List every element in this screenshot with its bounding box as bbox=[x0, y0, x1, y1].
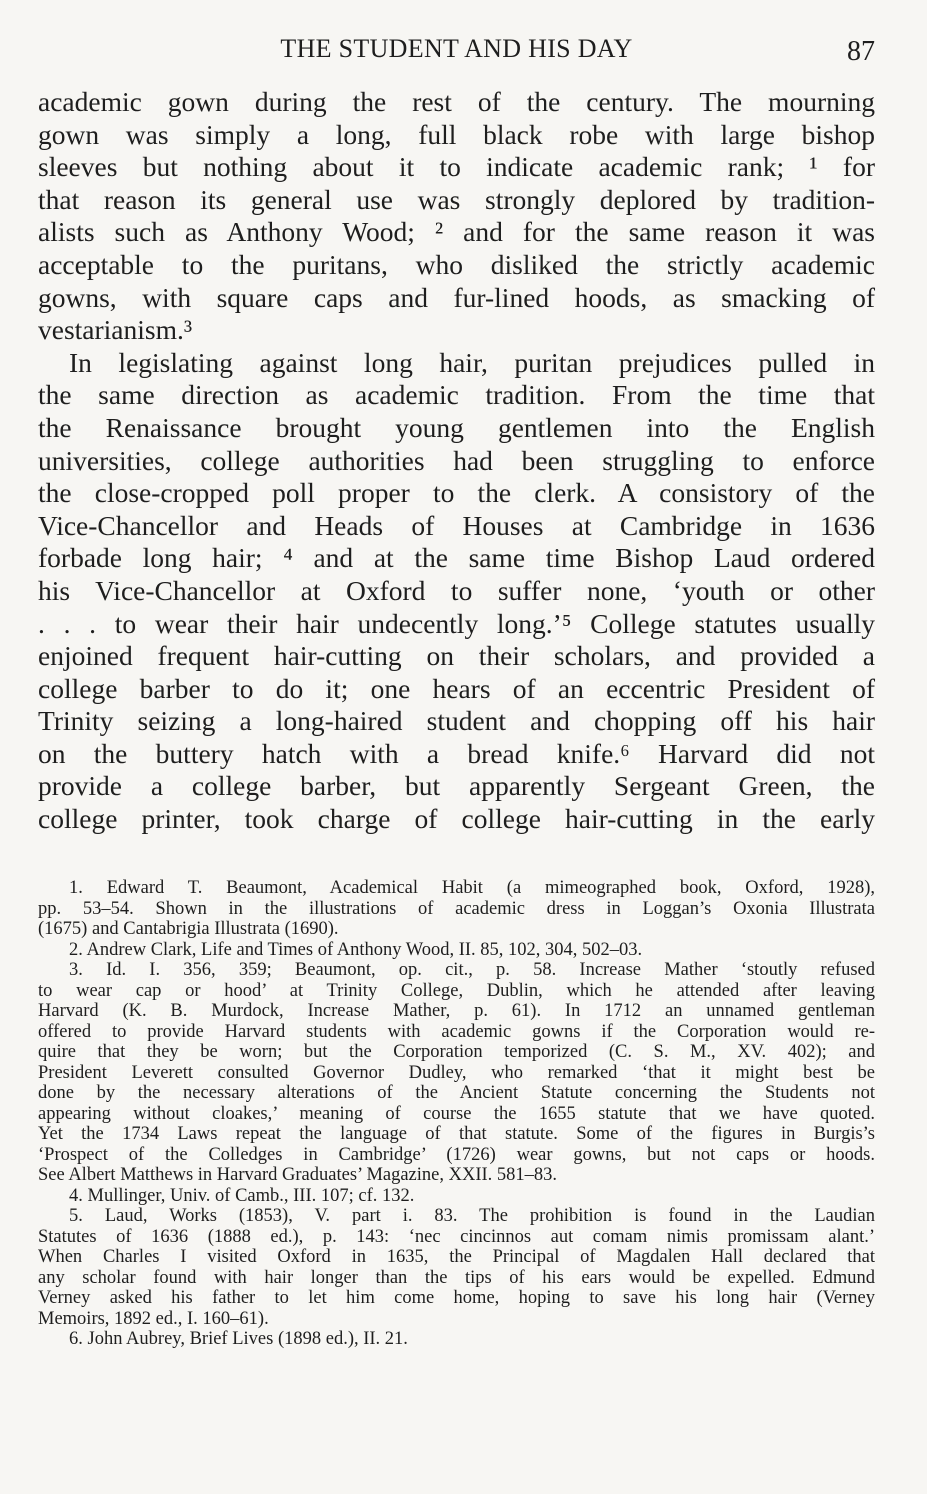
footnote-line: ‘Prospect of the Colledges in Cambridge’… bbox=[38, 1145, 875, 1166]
running-head: THE STUDENT AND HIS DAY 87 bbox=[38, 34, 875, 74]
footnote-line: 2. Andrew Clark, Life and Times of Antho… bbox=[38, 940, 875, 961]
body-line: provide a college barber, but apparently… bbox=[38, 770, 875, 803]
running-title: THE STUDENT AND HIS DAY bbox=[38, 34, 875, 64]
footnote-line: 5. Laud, Works (1853), V. part i. 83. Th… bbox=[38, 1206, 875, 1227]
body-line: Trinity seizing a long-haired student an… bbox=[38, 705, 875, 738]
body-line: alists such as Anthony Wood; ² and for t… bbox=[38, 216, 875, 249]
body-line: the close-cropped poll proper to the cle… bbox=[38, 477, 875, 510]
footnote-line: appearing without cloakes,’ meaning of c… bbox=[38, 1104, 875, 1125]
footnote-line: When Charles I visited Oxford in 1635, t… bbox=[38, 1247, 875, 1268]
body-line: his Vice-Chancellor at Oxford to suffer … bbox=[38, 575, 875, 608]
body-line: gowns, with square caps and fur-lined ho… bbox=[38, 282, 875, 315]
footnote-line: pp. 53–54. Shown in the illustrations of… bbox=[38, 899, 875, 920]
footnote-line: to wear cap or hood’ at Trinity College,… bbox=[38, 981, 875, 1002]
body-line: acceptable to the puritans, who disliked… bbox=[38, 249, 875, 282]
body-line: the same direction as academic tradition… bbox=[38, 379, 875, 412]
footnote-line: Memoirs, 1892 ed., I. 160–61). bbox=[38, 1309, 875, 1330]
footnote-line: Statutes of 1636 (1888 ed.), p. 143: ‘ne… bbox=[38, 1227, 875, 1248]
body-line: gown was simply a long, full black robe … bbox=[38, 119, 875, 152]
body-line: forbade long hair; ⁴ and at the same tim… bbox=[38, 542, 875, 575]
footnote-line: (1675) and Cantabrigia Illustrata (1690)… bbox=[38, 919, 875, 940]
body-line: the Renaissance brought young gentlemen … bbox=[38, 412, 875, 445]
footnote-line: offered to provide Harvard students with… bbox=[38, 1022, 875, 1043]
footnote-line: Yet the 1734 Laws repeat the language of… bbox=[38, 1124, 875, 1145]
body-line: that reason its general use was strongly… bbox=[38, 184, 875, 217]
footnote-line: done by the necessary alterations of the… bbox=[38, 1083, 875, 1104]
body-line: on the buttery hatch with a bread knife.… bbox=[38, 738, 875, 771]
footnote-line: President Leverett consulted Governor Du… bbox=[38, 1063, 875, 1084]
body-line: sleeves but nothing about it to indicate… bbox=[38, 151, 875, 184]
footnote-line: 6. John Aubrey, Brief Lives (1898 ed.), … bbox=[38, 1329, 875, 1350]
footnote-line: See Albert Matthews in Harvard Graduates… bbox=[38, 1165, 875, 1186]
footnote-line: 4. Mullinger, Univ. of Camb., III. 107; … bbox=[38, 1186, 875, 1207]
footnote-line: quire that they be worn; but the Corpora… bbox=[38, 1042, 875, 1063]
body-line: . . . to wear their hair undecently long… bbox=[38, 608, 875, 641]
footnote-line: Verney asked his father to let him come … bbox=[38, 1288, 875, 1309]
footnote-line: Harvard (K. B. Murdock, Increase Mather,… bbox=[38, 1001, 875, 1022]
page-number: 87 bbox=[847, 36, 875, 68]
body-line: college printer, took charge of college … bbox=[38, 803, 875, 836]
body-text: academic gown during the rest of the cen… bbox=[38, 86, 875, 836]
body-line: enjoined frequent hair-cutting on their … bbox=[38, 640, 875, 673]
body-line: academic gown during the rest of the cen… bbox=[38, 86, 875, 119]
footnotes: 1. Edward T. Beaumont, Academical Habit … bbox=[38, 878, 875, 1350]
body-line: universities, college authorities had be… bbox=[38, 445, 875, 478]
body-line: college barber to do it; one hears of an… bbox=[38, 673, 875, 706]
footnote-line: 3. Id. I. 356, 359; Beaumont, op. cit., … bbox=[38, 960, 875, 981]
body-line: In legislating against long hair, purita… bbox=[38, 347, 875, 380]
footnote-line: 1. Edward T. Beaumont, Academical Habit … bbox=[38, 878, 875, 899]
body-line: vestarianism.³ bbox=[38, 314, 875, 347]
body-line: Vice-Chancellor and Heads of Houses at C… bbox=[38, 510, 875, 543]
footnote-line: any scholar found with hair longer than … bbox=[38, 1268, 875, 1289]
